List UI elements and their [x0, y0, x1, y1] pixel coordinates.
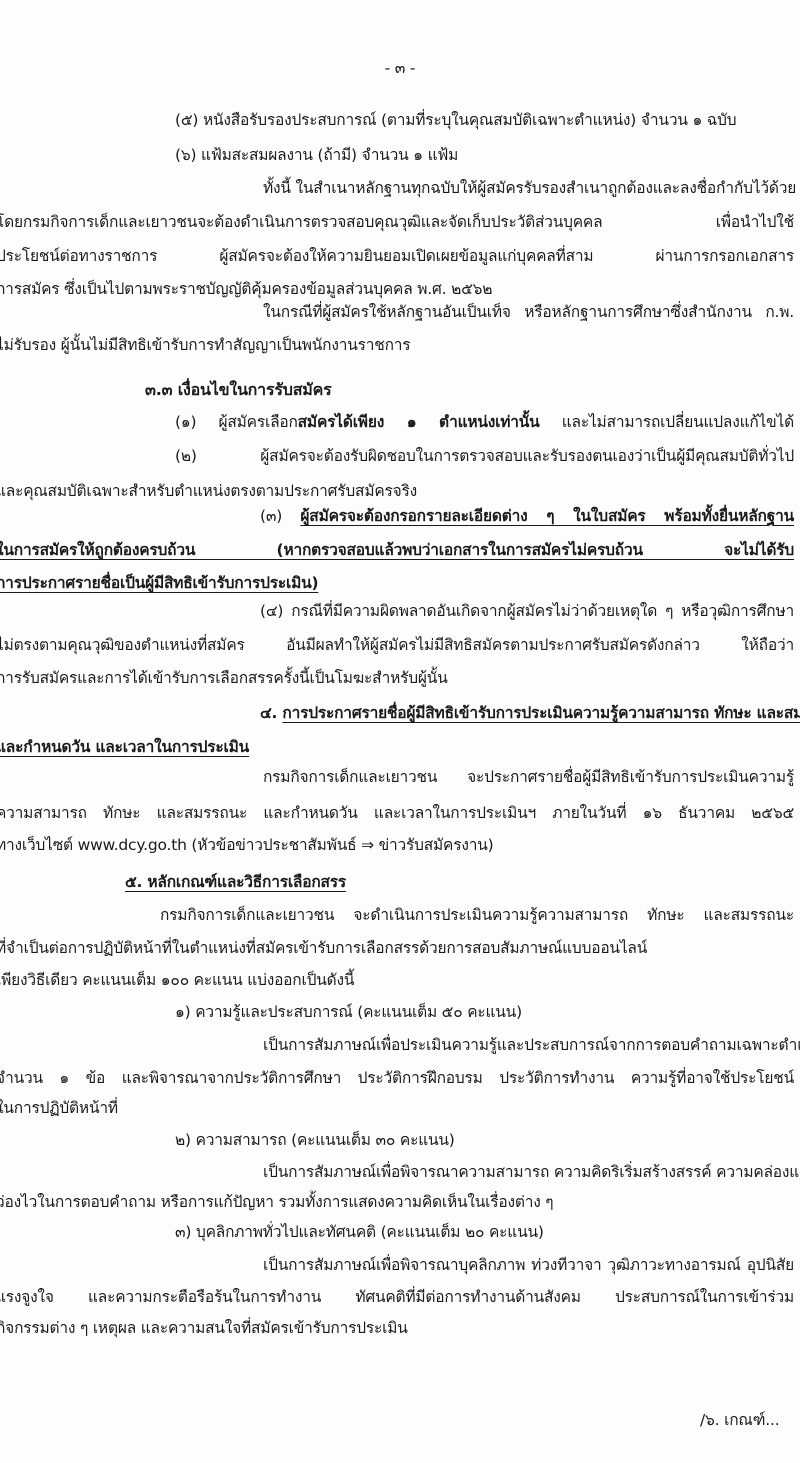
- certification-line-4: การสมัคร ซึ่งเป็นไปตามพระราชบัญญัติคุ้มค…: [0, 279, 492, 299]
- certification-line-2: โดยกรมกิจการเด็กและเยาวชนจะต้องดำเนินการ…: [0, 212, 794, 232]
- false-evidence-line-1: ในกรณีที่ผู้สมัครใช้หลักฐานอันเป็นเท็จ ห…: [263, 302, 794, 322]
- section-4-heading-line-2: และกำหนดวัน และเวลาในการประเมิน: [0, 737, 249, 757]
- section-5-intro-line-2: ที่จำเป็นต่อการปฏิบัติหน้าที่ในตำแหน่งที…: [0, 938, 794, 958]
- section-5-intro-line-3: เพียงวิธีเดียว คะแนนเต็ม ๑๐๐ คะแนน แบ่งอ…: [0, 970, 354, 990]
- condition-1: (๑) ผู้สมัครเลือกสมัครได้เพียง ๑ ตำแหน่ง…: [175, 412, 794, 432]
- condition-1-suffix: และไม่สามารถเปลี่ยนแปลงแก้ไขได้: [540, 413, 794, 431]
- section-5-heading: ๕. หลักเกณฑ์และวิธีการเลือกสรร: [125, 872, 346, 892]
- document-item-5: (๕) หนังสือรับรองประสบการณ์ (ตามที่ระบุใ…: [175, 110, 736, 130]
- criterion-2-line-2: ว่องไวในการตอบคำถาม หรือการแก้ปัญหา รวมท…: [0, 1192, 553, 1212]
- criterion-1-title: ๑) ความรู้และประสบการณ์ (คะแนนเต็ม ๕๐ คะ…: [175, 1002, 522, 1022]
- criterion-2-line-1: เป็นการสัมภาษณ์เพื่อพิจารณาความสามารถ คว…: [263, 1162, 794, 1182]
- section-3-3-heading: ๓.๓ เงื่อนไขในการรับสมัคร: [145, 380, 332, 400]
- criterion-2-title: ๒) ความสามารถ (คะแนนเต็ม ๓๐ คะแนน): [175, 1130, 455, 1150]
- document-item-6: (๖) แฟ้มสะสมผลงาน (ถ้ามี) จำนวน ๑ แฟ้ม: [175, 145, 458, 165]
- section-4-body-line-3: ทางเว็บไซต์ www.dcy.go.th (หัวข้อข่าวประ…: [0, 835, 493, 855]
- condition-2-line-1: (๒) ผู้สมัครจะต้องรับผิดชอบในการตรวจสอบแ…: [175, 446, 794, 466]
- continuation-marker: /๖. เกณฑ์...: [700, 1410, 779, 1430]
- condition-3-line-1: (๓) ผู้สมัครจะต้องกรอกรายละเอียดต่าง ๆ ใ…: [260, 506, 794, 526]
- criterion-3-line-1: เป็นการสัมภาษณ์เพื่อพิจารณาบุคลิกภาพ ท่ว…: [263, 1255, 794, 1275]
- section-4-body-line-1: กรมกิจการเด็กและเยาวชน จะประกาศรายชื่อผู…: [263, 767, 794, 787]
- false-evidence-line-2: ไม่รับรอง ผู้นั้นไม่มีสิทธิเข้ารับการทำส…: [0, 335, 410, 355]
- document-page: - ๓ - (๕) หนังสือรับรองประสบการณ์ (ตามที…: [0, 0, 800, 1463]
- certification-line-1: ทั้งนี้ ในสำเนาหลักฐานทุกฉบับให้ผู้สมัคร…: [263, 178, 794, 198]
- condition-1-prefix: (๑) ผู้สมัครเลือก: [175, 413, 298, 431]
- criterion-1-line-3: ในการปฏิบัติหน้าที่: [0, 1098, 118, 1118]
- condition-4-line-3: การรับสมัครและการได้เข้ารับการเลือกสรรคร…: [0, 668, 448, 688]
- criterion-1-line-2: จำนวน ๑ ข้อ และพิจารณาจากประวัติการศึกษา…: [0, 1068, 794, 1088]
- condition-2-line-2: และคุณสมบัติเฉพาะสำหรับตำแหน่งตรงตามประก…: [0, 481, 417, 501]
- section-4-number: ๔.: [260, 704, 282, 722]
- section-5-intro-line-1: กรมกิจการเด็กและเยาวชน จะดำเนินการประเมิ…: [160, 905, 794, 925]
- criterion-1-line-1: เป็นการสัมภาษณ์เพื่อประเมินความรู้และประ…: [263, 1035, 794, 1055]
- section-4-heading-line-1: ๔. การประกาศรายชื่อผู้มีสิทธิเข้ารับการป…: [260, 703, 794, 723]
- condition-4-line-2: ไม่ตรงตามคุณวุฒิของตำแหน่งที่สมัคร อันมี…: [0, 635, 794, 655]
- criterion-3-line-3: กิจกรรมต่าง ๆ เหตุผล และความสนใจที่สมัคร…: [0, 1318, 408, 1338]
- condition-3-emphasis: ผู้สมัครจะต้องกรอกรายละเอียดต่าง ๆ ในใบส…: [300, 507, 794, 525]
- criterion-3-line-2: แรงจูงใจ และความกระตือรือร้นในการทำงาน ท…: [0, 1287, 794, 1307]
- condition-4-line-1: (๔) กรณีที่มีความผิดพลาดอันเกิดจากผู้สมั…: [260, 601, 794, 621]
- criterion-3-title: ๓) บุคลิกภาพทั่วไปและทัศนคติ (คะแนนเต็ม …: [175, 1222, 544, 1242]
- condition-3-prefix: (๓): [260, 507, 300, 525]
- certification-line-3: ประโยชน์ต่อทางราชการ ผู้สมัครจะต้องให้คว…: [0, 246, 794, 266]
- condition-3-line-2: ในการสมัครให้ถูกต้องครบถ้วน (หากตรวจสอบแ…: [0, 540, 794, 560]
- section-4-heading-text: การประกาศรายชื่อผู้มีสิทธิเข้ารับการประเ…: [282, 704, 800, 722]
- page-number: - ๓ -: [0, 58, 800, 78]
- condition-3-line-3: การประกาศรายชื่อเป็นผู้มีสิทธิเข้ารับการ…: [0, 573, 318, 593]
- condition-1-emphasis: สมัครได้เพียง ๑ ตำแหน่งเท่านั้น: [298, 413, 540, 431]
- section-4-body-line-2: ความสามารถ ทักษะ และสมรรถนะ และกำหนดวัน …: [0, 803, 794, 823]
